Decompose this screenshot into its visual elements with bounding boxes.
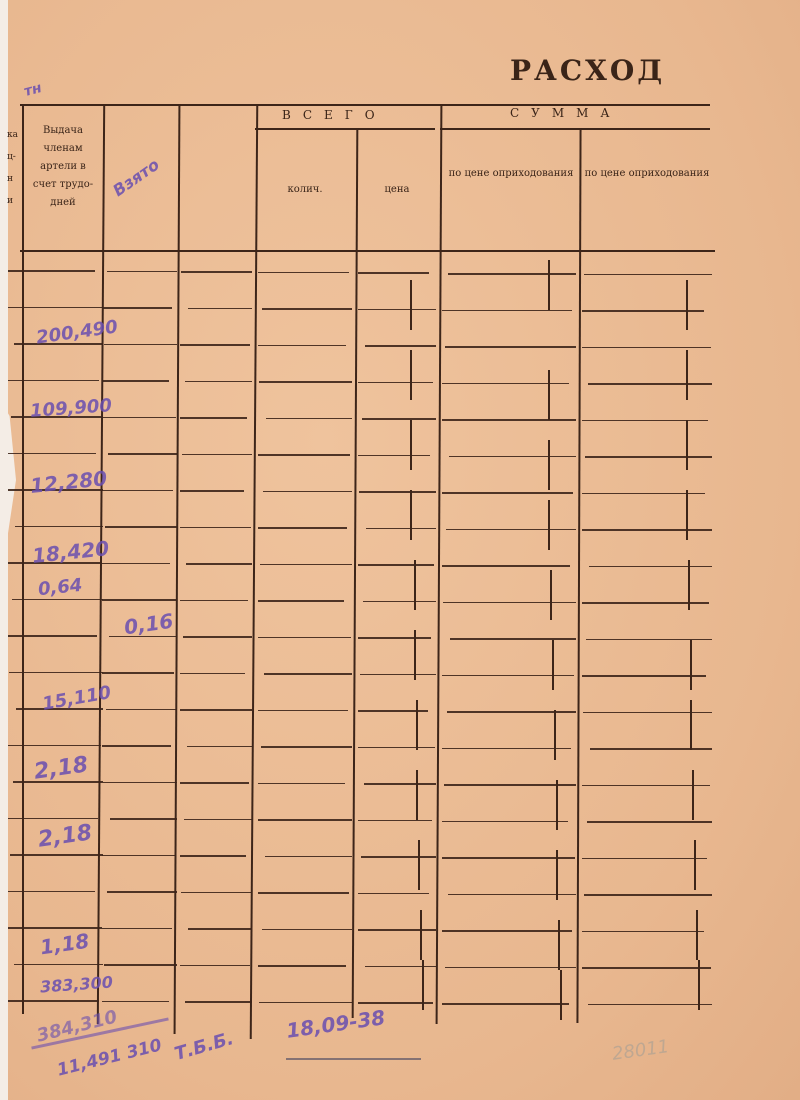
row-rule — [442, 675, 574, 677]
cross-tick — [416, 700, 418, 750]
row-rule — [8, 891, 95, 893]
row-rule — [102, 745, 171, 747]
row-rule — [188, 308, 252, 310]
cross-tick — [416, 770, 418, 820]
row-rule — [584, 894, 712, 896]
row-rule — [442, 930, 572, 932]
row-rule — [358, 309, 436, 311]
row-rule — [182, 454, 252, 456]
row-rule — [582, 347, 711, 349]
row-rule — [442, 565, 570, 567]
row-rule — [8, 635, 97, 637]
row-rule — [258, 710, 348, 712]
column-header-issued: Выдача членам артели в счет трудо-дней — [28, 122, 98, 212]
row-rule — [582, 420, 708, 422]
row-rule — [8, 380, 99, 382]
row-rule — [364, 783, 436, 785]
row-rule — [362, 418, 436, 420]
row-rule — [10, 854, 103, 856]
row-rule — [180, 417, 247, 419]
row-rule — [8, 818, 98, 820]
cross-tick — [548, 440, 550, 490]
row-rule — [445, 346, 576, 348]
cross-tick — [560, 970, 562, 1020]
row-rule — [266, 418, 352, 420]
row-rule — [8, 745, 101, 747]
row-rule — [102, 672, 174, 674]
row-rule — [104, 964, 177, 966]
row-rule — [108, 453, 177, 455]
row-rule — [180, 855, 246, 857]
row-rule — [442, 492, 573, 494]
cross-tick — [548, 370, 550, 420]
row-rule — [258, 272, 349, 274]
cross-tick — [410, 350, 412, 400]
row-rule — [358, 747, 435, 749]
row-rule — [104, 344, 177, 346]
row-rule — [260, 564, 352, 566]
cross-tick — [550, 570, 552, 620]
row-rule — [180, 527, 251, 529]
row-rule — [358, 272, 429, 274]
cross-tick — [688, 560, 690, 610]
cross-tick — [686, 280, 688, 330]
row-rule — [107, 271, 177, 273]
cross-tick — [686, 490, 688, 540]
row-rule — [584, 274, 712, 276]
row-rule — [107, 891, 177, 893]
cross-tick — [696, 910, 698, 960]
cross-tick — [686, 420, 688, 470]
column-header-quantity: колич. — [258, 182, 352, 197]
row-rule — [102, 928, 172, 930]
row-rule — [185, 381, 252, 383]
row-rule — [14, 964, 103, 966]
row-rule — [262, 308, 352, 310]
row-rule — [106, 709, 177, 711]
row-rule — [588, 383, 712, 385]
row-rule — [102, 307, 172, 309]
cross-tick — [422, 960, 424, 1010]
row-rule — [180, 600, 248, 602]
row-rule — [105, 526, 177, 528]
row-rule — [264, 673, 352, 675]
row-rule — [361, 856, 436, 858]
row-rule — [358, 382, 433, 384]
col-line-1 — [22, 104, 24, 1014]
row-rule — [184, 819, 252, 821]
row-rule — [8, 270, 95, 272]
row-rule — [263, 491, 352, 493]
cross-tick — [556, 780, 558, 830]
row-rule — [261, 746, 352, 748]
cross-tick — [410, 420, 412, 470]
row-rule — [102, 563, 170, 565]
row-rule — [442, 1003, 569, 1005]
row-rule — [358, 820, 432, 822]
row-rule — [448, 273, 576, 275]
row-rule — [8, 1000, 99, 1002]
row-rule — [359, 491, 436, 493]
row-rule — [102, 855, 175, 857]
row-rule — [15, 526, 103, 528]
row-rule — [585, 456, 712, 458]
row-rule — [588, 1004, 712, 1006]
row-rule — [262, 929, 352, 931]
row-rule — [102, 417, 176, 419]
row-rule — [187, 746, 252, 748]
cross-tick — [414, 630, 416, 680]
row-rule — [258, 892, 349, 894]
vsego-underline — [255, 128, 435, 130]
group-vsego: ВСЕГО — [282, 108, 387, 122]
page-title: РАСХОД — [510, 54, 665, 87]
cross-tick — [418, 840, 420, 890]
row-rule — [366, 528, 436, 530]
cross-tick — [410, 490, 412, 540]
row-rule — [102, 1001, 169, 1003]
cross-tick — [556, 850, 558, 900]
row-rule — [582, 675, 706, 677]
row-rule — [446, 529, 576, 531]
row-rule — [450, 638, 576, 640]
cross-tick — [548, 260, 550, 310]
row-rule — [358, 455, 430, 457]
row-rule — [582, 529, 712, 531]
row-rule — [103, 782, 177, 784]
row-rule — [442, 821, 568, 823]
row-rule — [258, 600, 344, 602]
row-rule — [259, 381, 352, 383]
group-summa: СУММА — [510, 106, 622, 120]
row-rule — [363, 601, 436, 603]
row-rule — [358, 637, 431, 639]
cross-tick — [548, 500, 550, 550]
row-rule — [582, 785, 710, 787]
column-header-price: цена — [356, 182, 438, 197]
cross-tick — [686, 350, 688, 400]
row-rule — [8, 453, 96, 455]
cross-tick — [554, 710, 556, 760]
row-rule — [185, 1001, 252, 1003]
row-rule — [180, 673, 245, 675]
row-rule — [8, 307, 102, 309]
cross-tick — [414, 560, 416, 610]
row-rule — [360, 674, 436, 676]
row-rule — [358, 893, 429, 895]
row-rule — [183, 636, 252, 638]
cross-tick — [552, 640, 554, 690]
row-rule — [582, 931, 704, 933]
row-rule — [180, 490, 244, 492]
header-bottom-rule — [20, 250, 715, 252]
cross-tick — [698, 960, 700, 1010]
row-rule — [587, 821, 712, 823]
row-rule — [365, 345, 436, 347]
row-rule — [582, 967, 711, 969]
row-rule — [586, 639, 712, 641]
row-rule — [8, 927, 102, 929]
row-rule — [258, 527, 347, 529]
row-rule — [445, 967, 576, 969]
row-rule — [258, 819, 352, 821]
partial-column-header: ка ц- н и — [7, 124, 23, 212]
row-rule — [358, 929, 436, 931]
row-rule — [258, 454, 350, 456]
row-rule — [265, 856, 352, 858]
column-header-sum-2: по цене оприходования — [582, 162, 712, 186]
cross-tick — [694, 840, 696, 890]
summa-underline — [440, 128, 710, 130]
row-rule — [590, 748, 712, 750]
row-rule — [102, 380, 169, 382]
row-rule — [442, 310, 572, 312]
cross-tick — [410, 280, 412, 330]
row-rule — [186, 563, 252, 565]
date-underline — [286, 1058, 421, 1060]
row-rule — [180, 965, 250, 967]
cross-tick — [690, 700, 692, 750]
row-rule — [442, 419, 576, 421]
row-rule — [447, 711, 576, 713]
row-rule — [449, 456, 576, 458]
row-rule — [258, 637, 351, 639]
row-rule — [443, 602, 576, 604]
row-rule — [181, 271, 252, 273]
column-header-sum-1: по цене оприходования — [446, 162, 576, 186]
cross-tick — [420, 910, 422, 960]
row-rule — [258, 965, 346, 967]
row-rule — [180, 709, 252, 711]
row-rule — [582, 858, 707, 860]
row-rule — [102, 490, 173, 492]
row-rule — [180, 344, 250, 346]
row-rule — [110, 818, 177, 820]
row-rule — [258, 345, 346, 347]
row-rule — [589, 566, 712, 568]
row-rule — [442, 748, 571, 750]
row-rule — [102, 599, 177, 601]
row-rule — [365, 966, 436, 968]
row-rule — [180, 782, 249, 784]
cross-tick — [558, 920, 560, 970]
row-rule — [9, 672, 103, 674]
cross-tick — [692, 770, 694, 820]
row-rule — [181, 892, 252, 894]
row-rule — [188, 928, 252, 930]
cross-tick — [690, 640, 692, 690]
row-rule — [258, 783, 345, 785]
row-rule — [358, 564, 434, 566]
row-rule — [583, 712, 712, 714]
row-rule — [259, 1002, 352, 1004]
row-rule — [12, 599, 103, 601]
